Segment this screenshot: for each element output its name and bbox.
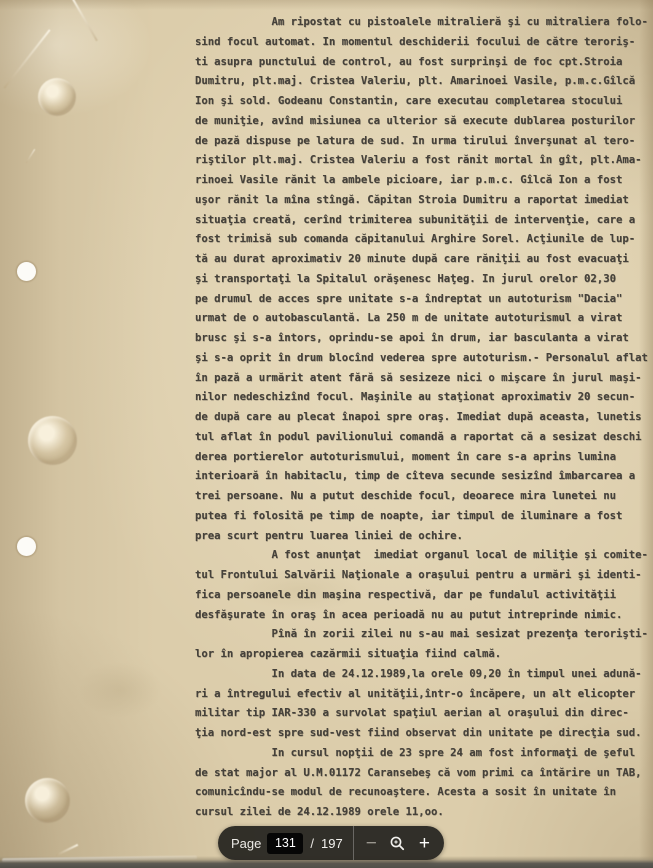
- embossed-seal: [38, 78, 76, 116]
- plus-icon: +: [419, 834, 430, 853]
- document-line: şi transportaţi la Spitalul orăşenesc Ha…: [195, 270, 650, 290]
- document-line: tul Frontului Salvării Naţionale a oraşu…: [195, 566, 650, 586]
- page-total: 197: [321, 836, 343, 851]
- document-line: Am ripostat cu pistoalele mitralieră şi …: [195, 13, 650, 33]
- paper-crease: [3, 29, 50, 89]
- document-line: urmat de o autobasculantă. La 250 m de u…: [195, 309, 650, 329]
- punch-hole: [17, 262, 36, 281]
- document-line: cursul zilei de 24.12.1989 orele 11,oo.: [195, 803, 650, 823]
- document-line: sind focul automat. In momentul deschide…: [195, 33, 650, 53]
- document-line: nilor nedeschizînd focul. Maşinile au st…: [195, 388, 650, 408]
- scanned-page: Am ripostat cu pistoalele mitralieră şi …: [0, 0, 653, 868]
- document-line: interioară în habitaclu, timp de cîteva …: [195, 467, 650, 487]
- page-number-input[interactable]: [267, 833, 303, 854]
- zoom-button[interactable]: [389, 835, 406, 852]
- document-line: putea fi folosită pe timp de noapte, iar…: [195, 507, 650, 527]
- document-line: tul aflat în podul pavilionului comandă …: [195, 428, 650, 448]
- document-line: şi s-a oprit în drum blocînd vederea spr…: [195, 349, 650, 369]
- document-line: Pînă în zorii zilei nu s-au mai sesizat …: [195, 625, 650, 645]
- document-line: ri a întregului efectiv al unităţii,într…: [195, 685, 650, 705]
- document-line: lor în apropierea cazărmii situaţia fiin…: [195, 645, 650, 665]
- minus-icon: −: [366, 834, 377, 853]
- document-line: ti asupra punctului de control, au fost …: [195, 53, 650, 73]
- punch-hole: [17, 537, 36, 556]
- zoom-in-button[interactable]: +: [419, 834, 430, 853]
- paper-crease: [26, 149, 35, 163]
- document-line: de muniţie, avînd misiunea ca ulterior s…: [195, 112, 650, 132]
- document-line: de stat major al U.M.01172 Caransebeş că…: [195, 764, 650, 784]
- document-line: derea portierelor autoturismului, moment…: [195, 448, 650, 468]
- document-line: militar tip IAR-330 a survolat spaţiul a…: [195, 704, 650, 724]
- document-line: A fost anunţat imediat organul local de …: [195, 546, 650, 566]
- embossed-seal: [25, 778, 70, 823]
- page-label: Page: [231, 836, 261, 851]
- document-line: fost trimisă sub comanda căpitanului Arg…: [195, 230, 650, 250]
- page-separator: /: [309, 836, 315, 851]
- document-line: rinoei Vasile rănit la ambele picioare, …: [195, 171, 650, 191]
- document-line: ţia nord-est spre sud-vest fiind observa…: [195, 724, 650, 744]
- zoom-out-button[interactable]: −: [366, 834, 377, 853]
- document-line: trei persoane. Nu a putut deschide focul…: [195, 487, 650, 507]
- document-line: pe drumul de acces spre unitate s-a îndr…: [195, 290, 650, 310]
- document-line: tă au durat aproximativ 20 minute după c…: [195, 250, 650, 270]
- document-line: situaţia creată, cerînd trimiterea subun…: [195, 211, 650, 231]
- document-line: Ion şi sold. Godeanu Constantin, care ex…: [195, 92, 650, 112]
- document-line: de pază dispuse pe latura de sud. In urm…: [195, 132, 650, 152]
- page-toolbar: Page / 197 − +: [218, 826, 444, 860]
- document-line: In data de 24.12.1989,la orele 09,20 în …: [195, 665, 650, 685]
- document-line: de după care au plecat înapoi spre oraş.…: [195, 408, 650, 428]
- document-line: brusc şi s-a întors, oprindu-se apoi în …: [195, 329, 650, 349]
- paper-crease: [72, 0, 98, 41]
- page-navigation: Page / 197: [218, 826, 353, 860]
- document-text: Am ripostat cu pistoalele mitralieră şi …: [195, 13, 650, 823]
- document-line: în pază a urmărit atent fără să sesizeze…: [195, 369, 650, 389]
- document-line: prea scurt pentru luarea liniei de ochir…: [195, 527, 650, 547]
- document-line: desfăşurate în oraş în acea perioadă nu …: [195, 606, 650, 626]
- document-line: Dumitru, plt.maj. Cristea Valeriu, plt. …: [195, 72, 650, 92]
- document-line: comunicîndu-se modul de recunoaştere. Ac…: [195, 783, 650, 803]
- document-line: In cursul nopţii de 23 spre 24 am fost i…: [195, 744, 650, 764]
- zoom-controls: − +: [354, 826, 444, 860]
- magnifier-icon: [389, 835, 406, 852]
- paper-crease: [56, 844, 78, 856]
- embossed-seal: [28, 416, 77, 465]
- document-line: uşor rănit la mîna stîngă. Căpitan Stroi…: [195, 191, 650, 211]
- document-line: fica persoanele din maşina respectivă, d…: [195, 586, 650, 606]
- document-line: riştilor plt.maj. Cristea Valeriu a fost…: [195, 151, 650, 171]
